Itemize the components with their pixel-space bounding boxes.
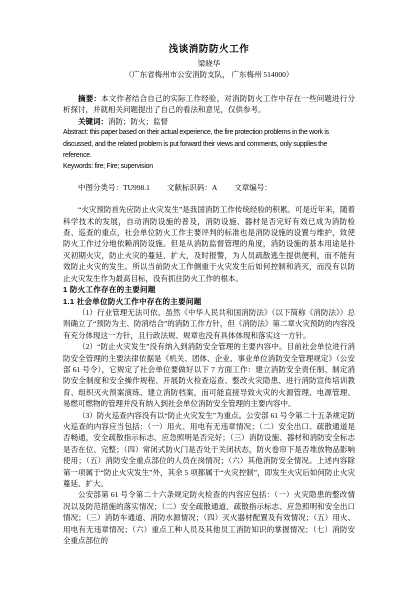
paper-title: 浅谈消防防火工作 xyxy=(63,44,355,56)
keywords-zh: 关键词：消防；防火；监督 xyxy=(63,116,355,127)
document-code: 文献标识码：A xyxy=(167,183,217,192)
keywords-zh-text: 消防；防火；监督 xyxy=(108,117,168,126)
document-page: 浅谈消防防火工作 梁晓华 （广东省梅州市公安消防支队， 广东梅州 514000）… xyxy=(0,0,417,590)
body-paragraph-item1: （1）行业管理无法可依。虽然《中华人民共和国消防法》（以下简称《消防法》）总则确… xyxy=(63,307,355,341)
section-1-1-heading: 1.1 社会单位防火工作中存在的主要问题 xyxy=(63,296,355,307)
abstract-zh-label: 摘要： xyxy=(78,94,101,103)
keywords-zh-label: 关键词： xyxy=(78,117,108,126)
abstract-zh: 摘要：本文作者结合自己的实际工作经验，对消防防火工作中存在一些问题进行分析探讨，… xyxy=(63,93,355,116)
article-number: 文章编号： xyxy=(234,183,272,192)
body-paragraph-last: 公安部第 61 号令第二十六条规定防火检查的内容应包括：（一）火灾隐患的整改情况… xyxy=(63,489,355,546)
body-paragraph-item3: （3）防火巡查内容没有以“防止火灾发生”为重点。公安部 61 号令第二十五条规定… xyxy=(63,410,355,490)
meta-line: 中图分类号：TU998.1文献标识码：A文章编号： xyxy=(63,182,355,193)
abstract-en: Abstract: this paper based on their actu… xyxy=(63,127,355,161)
paper-author: 梁晓华 xyxy=(63,58,355,69)
body-paragraph-item2: （2）“防止火灾发生”没有纳入到消防安全管理的主要内容中。目前社会单位进行消防安… xyxy=(63,341,355,409)
keywords-en: Keywords: fire; Fire; supervision xyxy=(63,161,355,172)
abstract-zh-text: 本文作者结合自己的实际工作经验，对消防防火工作中存在一些问题进行分析探讨，并就相… xyxy=(63,94,355,114)
section-1-heading: 1 防火工作存在的主要问题 xyxy=(63,284,355,295)
page-content: 浅谈消防防火工作 梁晓华 （广东省梅州市公安消防支队， 广东梅州 514000）… xyxy=(63,44,355,546)
intro-paragraph: “火灾预防首先应防止火灾发生”是我国消防工作传统经验的积累。可是近年来，随着科学… xyxy=(63,204,355,284)
clc-number: 中图分类号：TU998.1 xyxy=(78,183,150,192)
paper-affiliation: （广东省梅州市公安消防支队， 广东梅州 514000） xyxy=(63,69,355,80)
